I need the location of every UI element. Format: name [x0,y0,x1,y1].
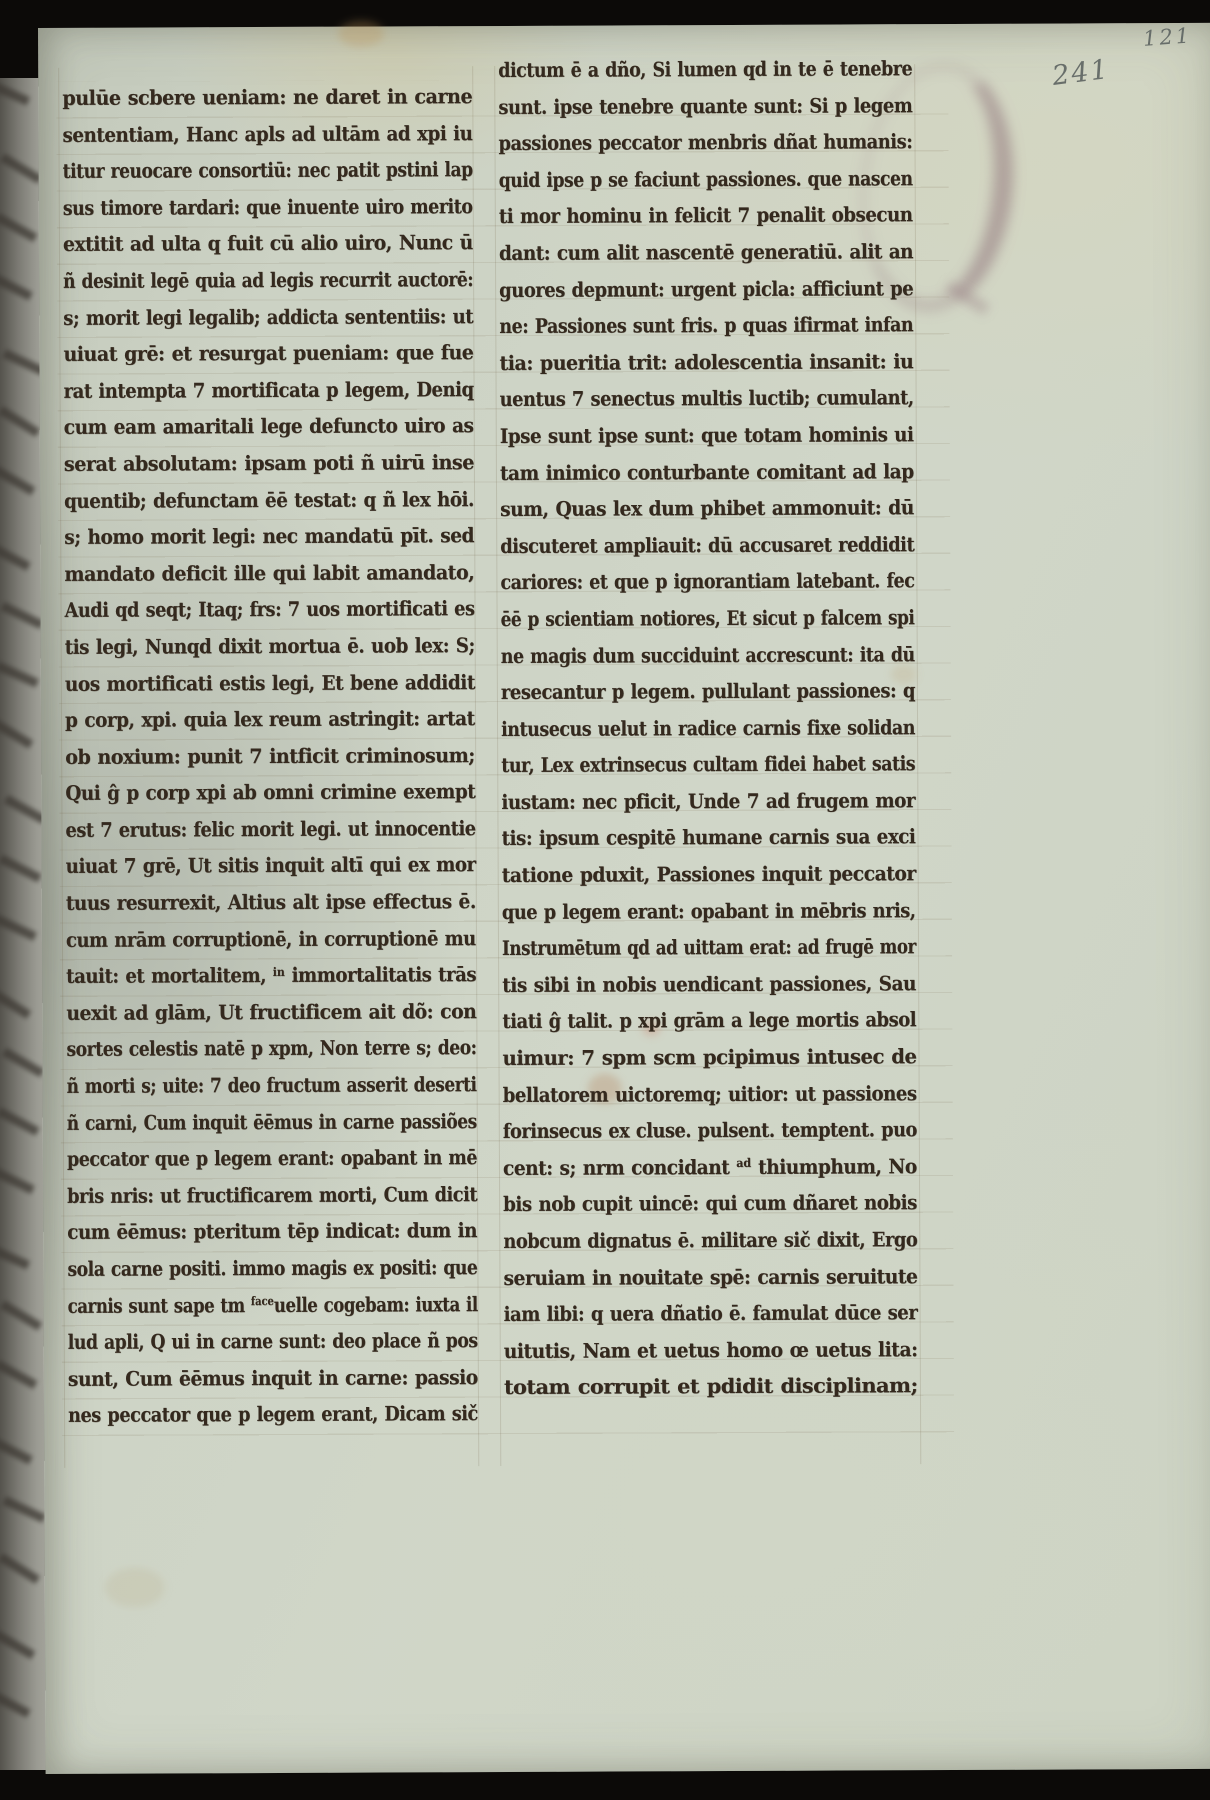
manuscript-line: cum eam amaritali lege defuncto uiro as [64,407,474,445]
manuscript-line: tis legi, Nunqd dixit mortua ē. uob lex:… [65,627,475,665]
manuscript-line: quentib; defunctam ēē testat: q ñ lex hō… [64,481,474,519]
manuscript-line: intusecus uelut in radice carnis fixe so… [501,709,915,747]
facing-page-text-blur [4,795,47,824]
manuscript-line: sus timore tardari: que inuente uiro mer… [63,188,473,226]
manuscript-line: titur reuocare consortiū: nec patit psti… [63,151,473,189]
facing-page-text-blur [0,1243,30,1269]
manuscript-line: dant: cum alit nascentē generatiū. alit … [499,233,913,271]
facing-page-text-blur [0,1300,42,1330]
manuscript-line: peccator que p legem erant: opabant in m… [67,1139,477,1177]
facing-page-text-blur [0,213,37,242]
manuscript-line: sententiam, Hanc apls ad ultām ad xpi iu [62,115,472,153]
manuscript-line: Audi qd seqt; Itaq; frs: 7 uos mortifica… [64,590,474,628]
manuscript-line: Instrumētum qd ad uittam erat: ad frugē … [502,928,916,966]
manuscript-line: uexit ad glām, Ut fructificem ait dõ: co… [66,993,476,1031]
manuscript-line: ne: Passiones sunt fris. p quas ifirmat … [499,306,913,344]
manuscript-line: quid ipse p se faciunt passiones. que na… [499,160,913,198]
manuscript-line: nobcum dignatus ē. militare sič dixit, E… [503,1221,917,1259]
manuscript-line: mandato deficit ille qui labit amandato, [64,554,474,592]
facing-page-text-blur [0,406,40,437]
manuscript-line: tam inimico conturbante comitant ad lap [500,453,914,491]
facing-page-text-blur [0,79,30,105]
manuscript-scan: 121 241 pulūe scbere ueniam: ne daret in… [0,0,1210,1800]
facing-page-text-blur [0,1689,31,1718]
manuscript-line: tiati ĝ talit. p xpi grām a lege mortis … [502,1002,916,1040]
facing-page-text-blur [2,1496,46,1523]
manuscript-line: tauit: et mortalitem, in immortalitatis … [66,956,476,994]
manuscript-line: tatione pduxit, Passiones inquit peccato… [502,855,916,893]
facing-page-text-blur [0,1360,37,1389]
text-column-left: pulūe scbere ueniam: ne daret in carnese… [62,78,478,1434]
manuscript-line: guores depmunt: urgent picla: afficiunt … [499,270,913,308]
manuscript-line: extitit ad ulta q fuit cū alio uiro, Nun… [63,224,473,262]
manuscript-line: uos mortificati estis legi, Et bene addi… [65,664,475,702]
manuscript-line: iam libi: q uera dñatio ē. famulat dūce … [504,1294,918,1332]
facing-page-text-blur [0,661,39,687]
facing-page-text-blur [0,273,33,301]
manuscript-line: tis: ipsum cespitē humane carnis sua exc… [501,819,915,857]
manuscript-line: tur, Lex extrinsecus cultam fidei habet … [501,745,915,783]
facing-page-text-blur [0,718,33,748]
parchment-page: 121 241 pulūe scbere ueniam: ne daret in… [38,23,1210,1774]
manuscript-line: uimur: 7 spm scm pcipimus intusec de [502,1038,916,1076]
facing-page-text-blur [0,855,42,883]
manuscript-line: tia: pueritia trit: adolescentia insanit… [499,343,913,381]
facing-page-text-blur [0,1107,40,1136]
manuscript-line: uentus 7 senectus multis luctib; cumulan… [500,380,914,418]
manuscript-line: pulūe scbere ueniam: ne daret in carne [62,78,472,116]
manuscript-line: rat intempta 7 mortificata p legem, Deni… [64,371,474,409]
manuscript-line: sola carne positi. immo magis ex positi:… [67,1249,477,1287]
parchment-stain [105,1567,165,1607]
interlinear-gloss: in [273,965,285,979]
manuscript-line: sunt, Cum ēēmus inquit in carne: passio [68,1359,478,1397]
facing-page-text-blur [0,1437,33,1465]
manuscript-line: totam corrupit et pdidit disciplinam; [504,1368,918,1406]
parchment-stain [338,20,384,46]
manuscript-line: p corp, xpi. quia lex reum astringit: ar… [65,700,475,738]
manuscript-line: ti mor hominu in felicit 7 penalit obsec… [499,197,913,235]
manuscript-line: iustam: nec pficit, Unde 7 ad frugem mor [501,782,915,820]
manuscript-line: cariores: et que p ignorantiam latebant.… [500,562,914,600]
facing-page-text-blur [0,914,37,941]
manuscript-line: dictum ē a dño, Si lumen qd in te ē tene… [498,50,912,88]
manuscript-line: passiones peccator menbris dñat humanis: [498,123,912,161]
manuscript-line: seruiam in nouitate spē: carnis seruitut… [503,1258,917,1296]
manuscript-line: cent: s; nrm concidant ad thiumphum, No [503,1148,917,1186]
folio-number-pencil: 121 [1142,23,1193,51]
manuscript-line: Ipse sunt ipse sunt: que totam hominis u… [500,416,914,454]
manuscript-line: tuus resurrexit, Altius alt ipse effectu… [66,883,476,921]
manuscript-line: uiuat grē: et resurgat pueniam: que fue [63,334,473,372]
manuscript-line: ñ carni, Cum inquit ēēmus in carne passi… [67,1103,477,1141]
manuscript-line: ñ morti s; uite: 7 deo fructum asserit d… [67,1066,477,1104]
manuscript-line: tis sibi in nobis uendicant passiones, S… [502,965,916,1003]
facing-page-text-blur [0,1167,35,1194]
manuscript-line: serat absolutam: ipsam poti ñ uirū inse [64,444,474,482]
interlinear-gloss: face [251,1294,274,1308]
manuscript-line: uitutis, Nam et uetus homo œ uetus lita: [504,1331,918,1369]
manuscript-line: forinsecus ex cluse. pulsent. temptent. … [503,1111,917,1149]
facing-page-text-blur [0,1553,40,1584]
manuscript-line: uiuat 7 grē, Ut sitis inquit altī qui ex… [66,847,476,885]
facing-page-text-blur [0,1630,35,1660]
manuscript-line: bis nob cupit uincē: qui cum dñaret nobi… [503,1185,917,1223]
facing-page-text-blur [0,542,31,571]
facing-page-text-blur [0,153,42,183]
manuscript-line: ñ desinit legē quia ad legis recurrit au… [63,261,473,299]
manuscript-line: ne magis dum succiduint accrescunt: ita … [501,636,915,674]
manuscript-line: sortes celestis natē p xpm, Non terre s;… [66,1030,476,1068]
manuscript-line: Qui ĝ p corp xpi ab omni crimine exempt [65,773,475,811]
manuscript-line: que p legem erant: opabant in mēbris nri… [502,892,916,930]
manuscript-line: cum ēēmus: pteritum tēp indicat: dum in [67,1213,477,1251]
facing-page-text-blur [2,1048,45,1078]
manuscript-line: nes peccator que p legem erant, Dicam si… [68,1395,478,1433]
manuscript-line: carnis sunt sape tm faceuelle cogebam: i… [67,1286,477,1324]
manuscript-line: cum nrām corruptionē, in corruptionē mu [66,920,476,958]
manuscript-line: sunt. ipse tenebre quante sunt: Si p leg… [498,87,912,125]
manuscript-line: s; homo morit legi: nec mandatū pīt. sed [64,517,474,555]
manuscript-line: s; morit legi legalib; addicta sententii… [63,298,473,336]
manuscript-line: ob noxium: punit 7 intficit criminosum; [65,737,475,775]
manuscript-line: bellatorem uictoremq; uitior: ut passion… [503,1075,917,1113]
facing-page-text-blur [0,988,31,1019]
interlinear-gloss: ad [736,1156,751,1170]
secondary-number-pencil: 241 [1050,54,1111,92]
manuscript-line: lud apli, Q ui in carne sunt: deo place … [68,1322,478,1360]
facing-page-text-blur [0,466,35,496]
manuscript-line: ēē p scientiam notiores, Et sicut p falc… [501,599,915,637]
facing-page-text-blur [0,602,43,629]
text-column-right: dictum ē a dño, Si lumen qd in te ē tene… [498,50,918,1406]
manuscript-line: discuteret ampliauit: dū accusaret reddi… [500,526,914,564]
manuscript-line: bris nris: ut fructificarem morti, Cum d… [67,1176,477,1214]
manuscript-line: resecantur p legem. pullulant passiones:… [501,672,915,710]
manuscript-line: est 7 erutus: felic morit legi. ut innoc… [65,810,475,848]
manuscript-line: sum, Quas lex dum phibet ammonuit: dū [500,489,914,527]
